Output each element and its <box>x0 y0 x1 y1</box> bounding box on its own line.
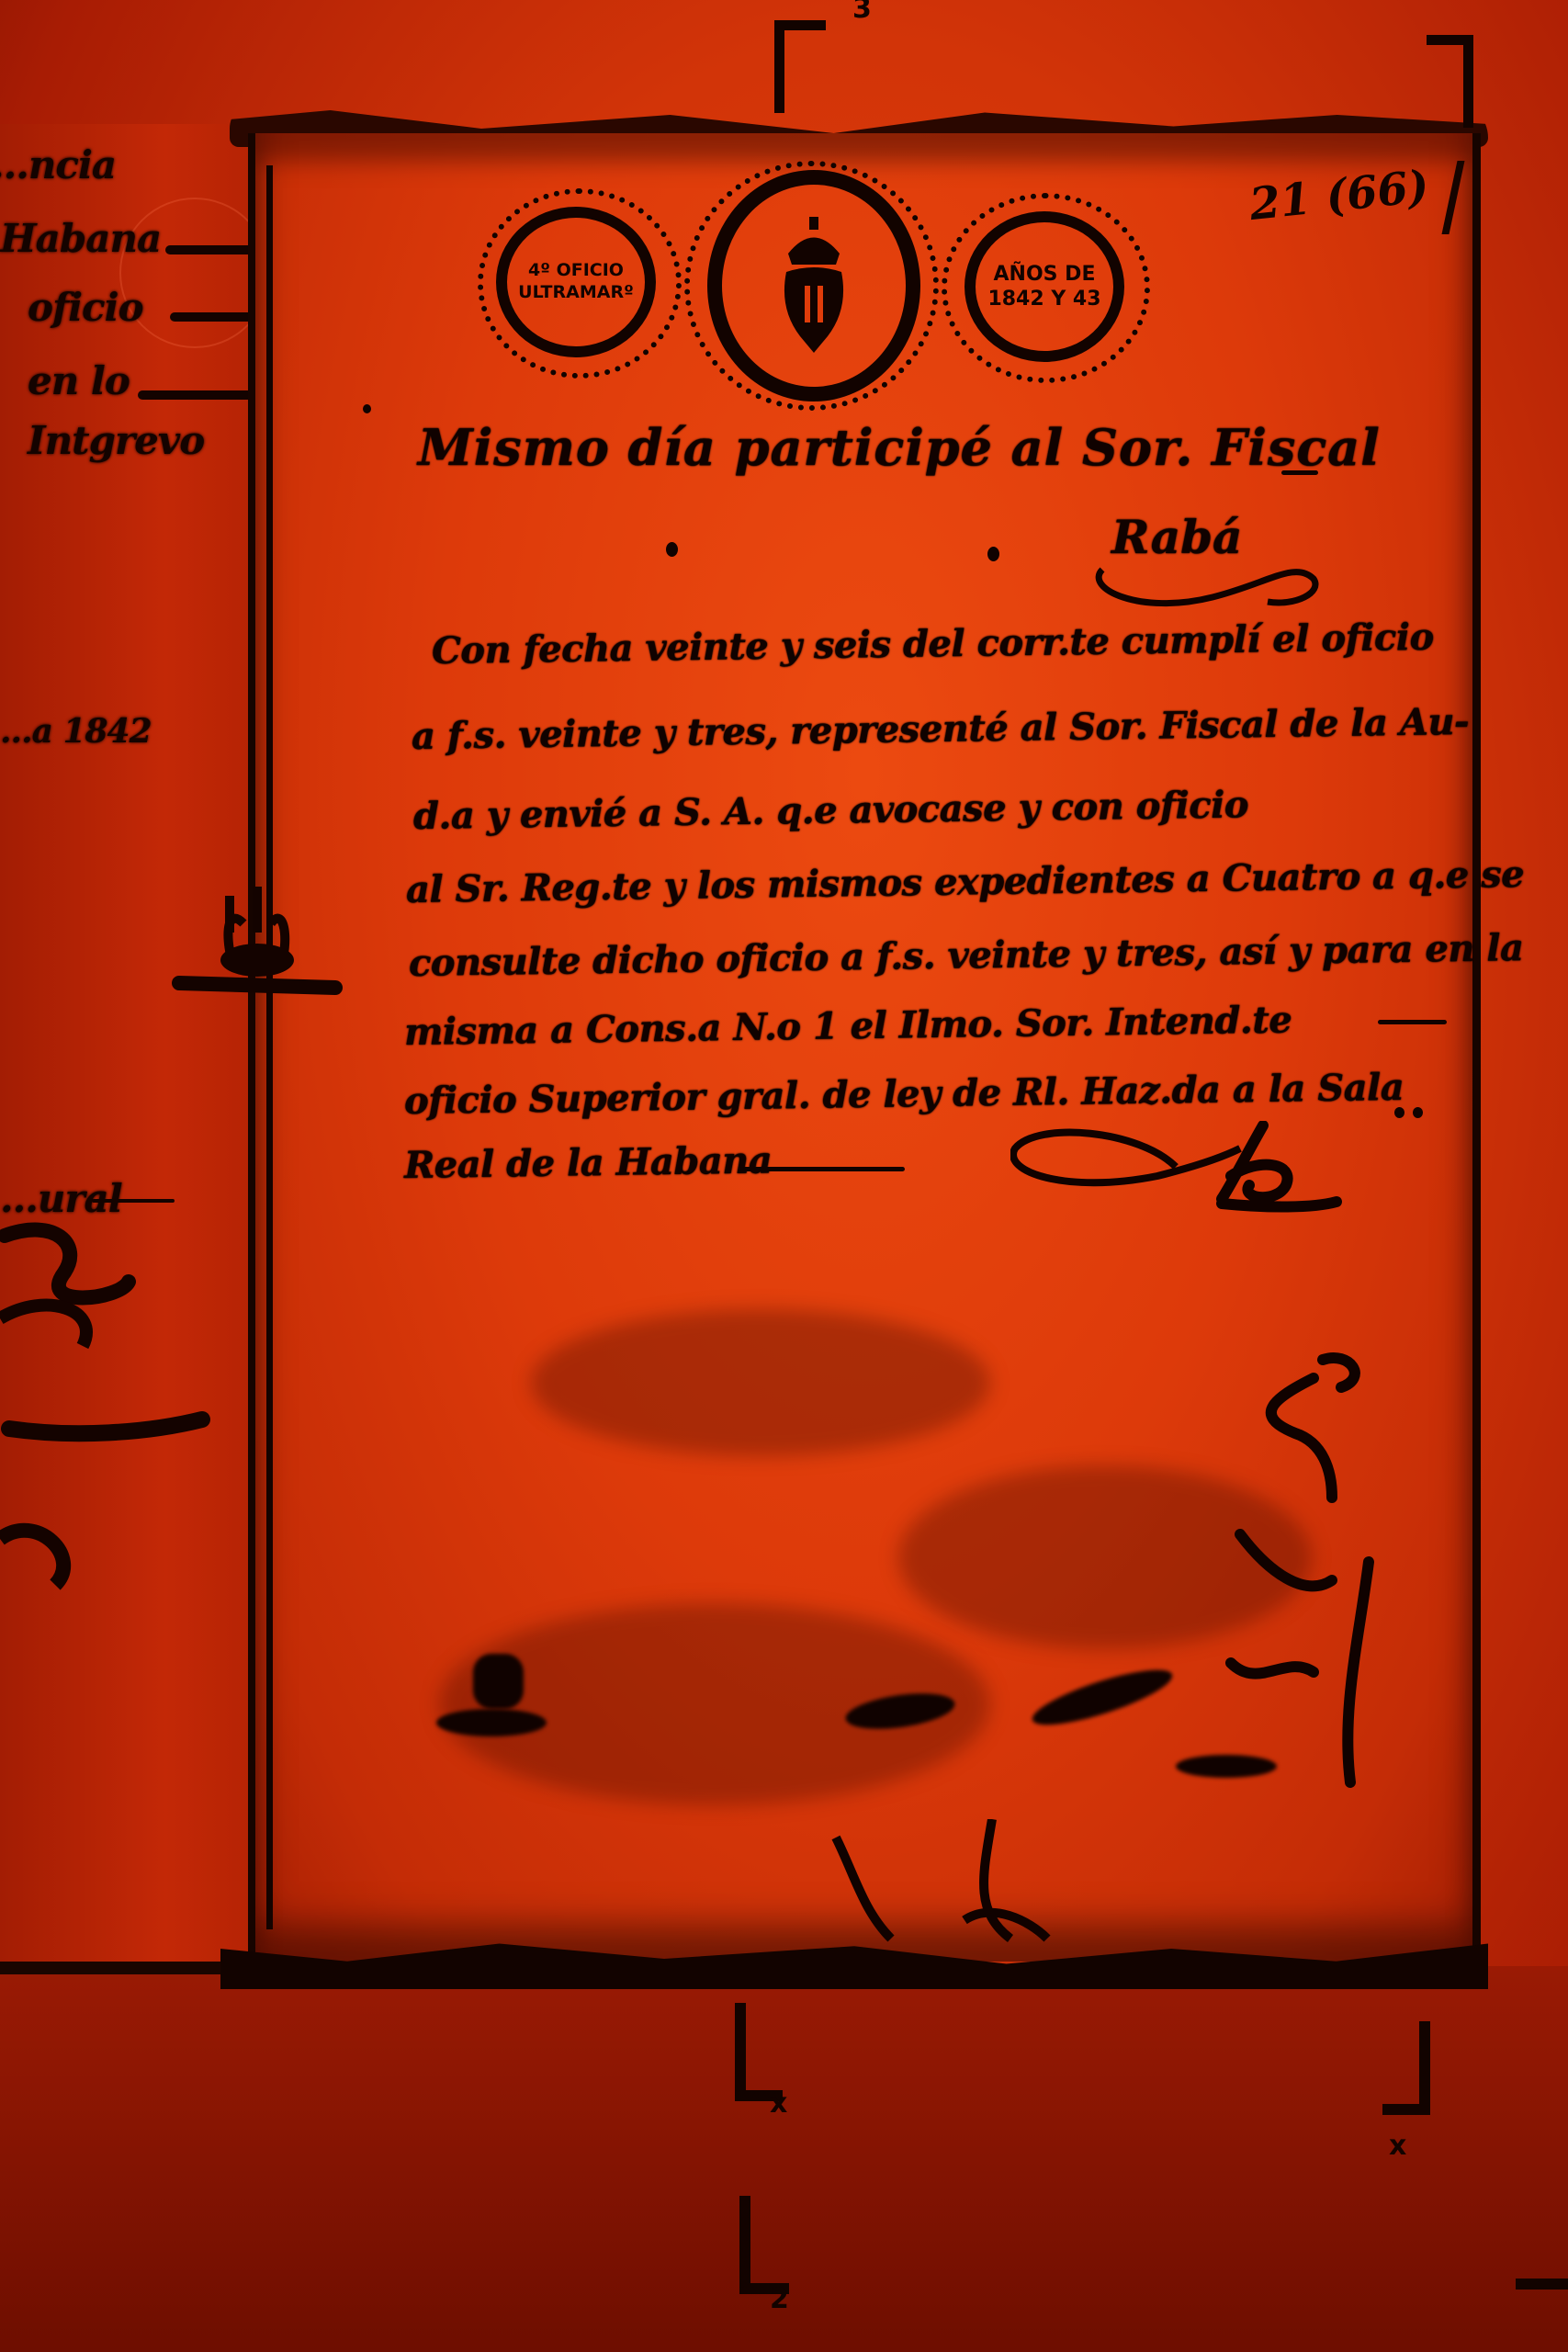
edge-damage-scribble <box>1222 1341 1451 1984</box>
crop-mark-bottom-left <box>735 2003 783 2101</box>
crop-mark-label: 2 <box>770 2283 789 2315</box>
left-folio-rule <box>92 1199 175 1203</box>
stamp-seal-class: 4º OFICIO ULTRAMARº <box>496 207 656 357</box>
crop-mark-top-left <box>774 20 826 113</box>
left-folio-line: Habana <box>0 216 161 261</box>
crop-mark-label: x <box>770 2087 787 2120</box>
left-folio-line: ...ncia <box>0 142 116 187</box>
stamp-years-value: 1842 Y 43 <box>987 287 1100 312</box>
crop-mark-top-right <box>1427 35 1473 128</box>
folio-spine-edge <box>266 165 273 1929</box>
crop-mark-label: x <box>1389 2130 1406 2162</box>
crop-mark-label: 3 <box>852 0 872 25</box>
closing-signature-rubric-icon: Rabá (rubric) <box>1010 1121 1350 1222</box>
stamp-seal-class-line: ULTRAMARº <box>518 282 634 304</box>
crop-mark-bottom-right <box>1382 2021 1430 2115</box>
left-folio-signature-flourish <box>0 1208 239 1594</box>
line-filler-rule <box>1378 1020 1447 1024</box>
opening-note: Mismo día participé al Sor. Fiscal <box>418 418 1381 477</box>
body-line: Real de la Habana <box>404 1138 773 1187</box>
ink-blot <box>473 1654 524 1709</box>
left-folio: ...ncia Habana oficio en lo Intgrevo ...… <box>0 124 276 1974</box>
stamp-seal-class-line: 4º OFICIO <box>528 260 624 282</box>
left-folio-rule <box>138 390 262 400</box>
ink-blot <box>436 1709 547 1736</box>
official-stamp-header: 4º OFICIO ULTRAMARº AÑOS DE 1842 Y 43 <box>478 170 1148 395</box>
edge-damage-scribble <box>827 1819 1102 1957</box>
stain <box>531 1309 990 1456</box>
stamp-seal-years: AÑOS DE 1842 Y 43 <box>964 211 1124 362</box>
line-filler-rule <box>739 1167 905 1171</box>
binding-thread-icon <box>170 887 344 1015</box>
ink-dot <box>666 542 678 557</box>
stamp-coat-of-arms <box>707 170 920 401</box>
left-folio-line: oficio <box>28 285 143 330</box>
ink-dot <box>987 547 999 561</box>
stamp-years-label: AÑOS DE <box>994 262 1096 288</box>
line-filler-rule <box>1281 470 1318 475</box>
crown-crest-icon <box>777 217 851 355</box>
ink-dot <box>1394 1107 1404 1118</box>
ink-dot <box>1413 1107 1423 1118</box>
left-folio-date: ...a 1842 <box>0 712 152 751</box>
crop-mark-bottom-left-lower <box>739 2196 789 2294</box>
ink-dot <box>363 404 371 413</box>
crop-mark-edge <box>1516 2278 1568 2308</box>
left-folio-line: Intgrevo <box>28 418 204 463</box>
left-folio-line: en lo <box>28 358 130 403</box>
signature-rubric-icon <box>1084 551 1332 625</box>
